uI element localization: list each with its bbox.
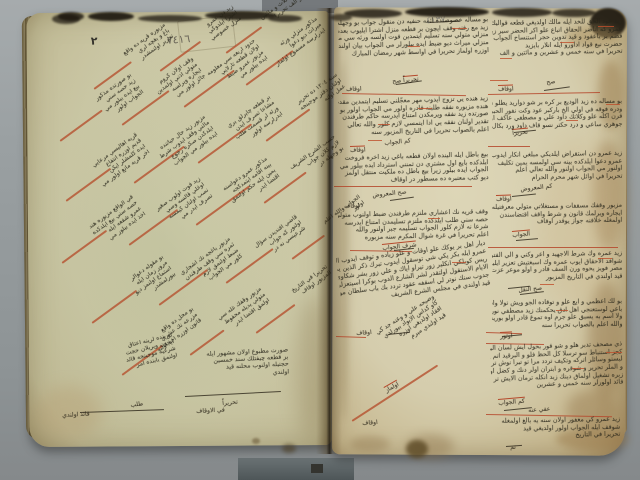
book-cradle — [238, 458, 354, 480]
red-rule — [488, 146, 530, 147]
red-overline — [598, 26, 614, 27]
stain — [350, 436, 390, 452]
text-block: زيد عمرو دن استقراض ايلديكي مبلغي انكار … — [492, 150, 623, 182]
signature: تحريراً — [512, 129, 528, 137]
red-rule — [488, 247, 618, 248]
stain — [344, 9, 402, 18]
red-overline — [540, 284, 554, 285]
red-overline — [428, 218, 440, 219]
text-block: بو مساله خصوصنده ائمه حنفيه دن منقول جوا… — [338, 16, 489, 58]
stain — [282, 444, 296, 453]
signature: صح — [546, 78, 556, 86]
text-block: زيد عود الحق للخد ايله مالك اولديغي قطعه… — [492, 18, 623, 58]
red-overline — [560, 42, 574, 43]
red-overline — [408, 46, 420, 47]
rubricated-word: تحريراً — [512, 128, 528, 137]
signature: اوتور — [500, 332, 513, 340]
text-block: زيد هنده يي تزوج ايدوب مهر معجّلني تسليم… — [338, 95, 489, 137]
red-overline — [490, 80, 508, 81]
text-block: زيد عمره وك شرط الاجهيد و اعر وكني و الي… — [492, 250, 623, 282]
stain — [52, 14, 80, 24]
red-overline — [378, 124, 390, 125]
red-overline — [572, 368, 584, 369]
page-number: ٢ — [91, 35, 98, 48]
red-overline — [606, 352, 622, 353]
stain — [138, 15, 202, 22]
rubricated-word: اوقاف — [496, 194, 512, 203]
signature-word: صح — [392, 77, 402, 85]
signature: قائد اولندي — [62, 411, 90, 419]
text-block: وقف قريه نك اعشاري ملتزم طرفندن ضبط اولن… — [338, 208, 489, 243]
text-block: مزبور وقفك مسقفات و مستغلاتي متولي معرفت… — [492, 202, 622, 227]
rubricated-word: تحريراً — [403, 75, 419, 84]
signature-word: اوقاف — [346, 85, 362, 93]
rubricated-word: الجواب — [512, 229, 530, 239]
signature-word: تم — [510, 444, 516, 451]
red-overline — [556, 310, 568, 311]
signature-word: اوقاف — [344, 202, 360, 210]
signature: اوقاف — [344, 202, 360, 210]
signature: اوقاف — [496, 195, 512, 203]
text-block: زيد عمرو كي مغفور اولان سنه يه بالغ اولم… — [490, 416, 620, 441]
rubricated-word: اوتور — [500, 331, 513, 340]
red-overline — [566, 120, 578, 121]
red-overline — [452, 262, 466, 263]
signature: اوقاف — [350, 146, 366, 154]
stain — [552, 9, 596, 17]
text-block: بو لك اعظمي و ايع علو و توقاده الجو ويش … — [492, 298, 623, 330]
signature-word: في الاوقاف — [196, 406, 225, 414]
red-overline — [500, 58, 512, 59]
text-block: صورت مطبوع اولان مشهور ايلهبر قطعه چيفتل… — [182, 346, 289, 380]
text-block: بيع باطل ايله الينده اولان قطعه باغي زيد… — [338, 151, 489, 186]
signature: تم — [510, 444, 516, 451]
red-overline — [418, 108, 432, 109]
red-overline — [606, 104, 620, 105]
signature-word: اوقاف — [356, 329, 372, 337]
signature: اوقاف — [362, 419, 378, 427]
manuscript-photo: ٧٤١٦ ٢ ٤١٣٧ مزبوره قريه ده واقعباغ و بغچ… — [0, 0, 640, 480]
red-overline — [452, 28, 467, 29]
cradle-tab — [311, 464, 323, 473]
red-rule — [334, 186, 472, 187]
stain — [492, 8, 552, 17]
signature: اوقاف — [356, 329, 372, 337]
rubricated-word: اوقاف — [350, 145, 366, 154]
signature: في الاوقاف — [196, 406, 225, 414]
red-overline — [598, 258, 612, 259]
text-block: بو مساله ده زيد الوديع بر كره بر شو دوار… — [492, 98, 623, 130]
signature-word: صح — [546, 78, 556, 86]
stain — [296, 296, 330, 444]
signature: اوقاف — [346, 85, 362, 93]
text-block: ذي مصحف تدبر هلو و شو قور بحول ايش لسان … — [490, 340, 624, 391]
signature-word: قائد اولندي — [62, 411, 90, 419]
stain — [252, 438, 260, 444]
signature: اوقاف — [498, 85, 514, 93]
signature-word: اوقاف — [362, 419, 378, 427]
red-overline — [368, 140, 382, 141]
stain — [406, 440, 428, 458]
rubricated-word: اوقاف — [498, 84, 514, 93]
stain — [88, 12, 134, 21]
